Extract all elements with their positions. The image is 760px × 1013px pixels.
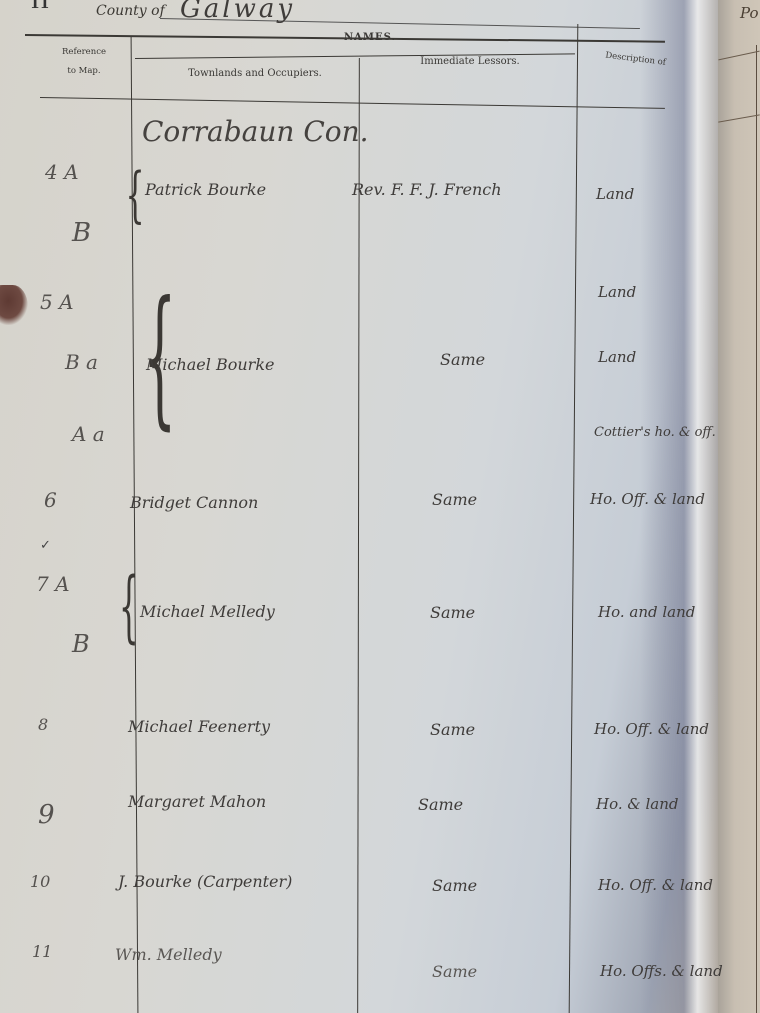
facing-page-rule [718,51,759,61]
occupier-name: Patrick Bourke [145,180,266,199]
description: Ho. and land [598,603,695,621]
occupier-name: Wm. Melledy [115,945,222,964]
description: Cottier's ho. & off. [594,425,716,440]
header-reference-line2: to Map. [52,66,116,76]
lessor-name: Same [418,795,463,814]
lessor-name: Rev. F. F. J. French [352,180,502,199]
occupier-name: J. Bourke (Carpenter) [118,872,292,891]
ref-number: 5 A [40,290,74,314]
ref-number: 11 [32,942,52,961]
page-mark: 11 [30,0,49,12]
occupier-name: Margaret Mahon [128,792,266,811]
occupier-name: Michael Feenerty [128,717,270,736]
ref-number: 4 A [45,160,79,184]
description: Land [596,185,634,203]
occupier-name: Michael Melledy [140,602,275,621]
facing-page-rule [718,114,760,122]
ref-number: 6 [44,488,57,512]
ref-number: B [72,630,90,658]
header-reference: Reference to Map. [52,47,116,76]
county-value: Galway [180,0,295,24]
checkmark-icon: ✓ [40,538,51,553]
description: Land [598,348,636,366]
ref-number: A a [72,422,105,446]
lessor-name: Same [432,876,477,895]
column-rule-occupiers [357,58,360,1013]
description: Land [598,283,636,301]
ref-number: B a [65,350,98,374]
occupier-name: Bridget Cannon [130,493,258,512]
description: Ho. & land [596,795,679,813]
facing-page-rule [756,45,757,1013]
county-label: County of [96,3,165,19]
header-reference-line1: Reference [52,47,116,57]
description: Ho. Offs. & land [600,962,723,980]
description: Ho. Off. & land [594,720,709,738]
header-names: NAMES. [320,32,420,43]
occupier-name: Michael Bourke [146,355,274,374]
header-lessors: Immediate Lessors. [395,56,545,67]
townland-name: Corrabaun Con. [142,115,369,148]
lessor-name: Same [430,603,475,622]
brace-icon: { [126,160,145,230]
brace-icon: { [119,568,139,646]
header-bottom-rule [40,97,665,109]
lessor-name: Same [432,490,477,509]
description: Ho. Off. & land [598,876,713,894]
ref-number: 7 A [36,572,70,596]
ref-number: 10 [30,872,50,891]
header-townlands: Townlands and Occupiers. [170,68,340,79]
column-rule-lessors [569,24,579,1013]
facing-page-heading: Po [740,4,759,22]
lessor-name: Same [432,962,477,981]
ink-stain [0,285,28,325]
facing-page-edge: Po [718,0,760,1013]
lessor-name: Same [440,350,485,369]
ref-number: B [72,218,91,248]
description: Ho. Off. & land [590,490,705,508]
lessor-name: Same [430,720,475,739]
ref-number: 8 [38,715,48,734]
ref-number: 9 [38,800,55,830]
